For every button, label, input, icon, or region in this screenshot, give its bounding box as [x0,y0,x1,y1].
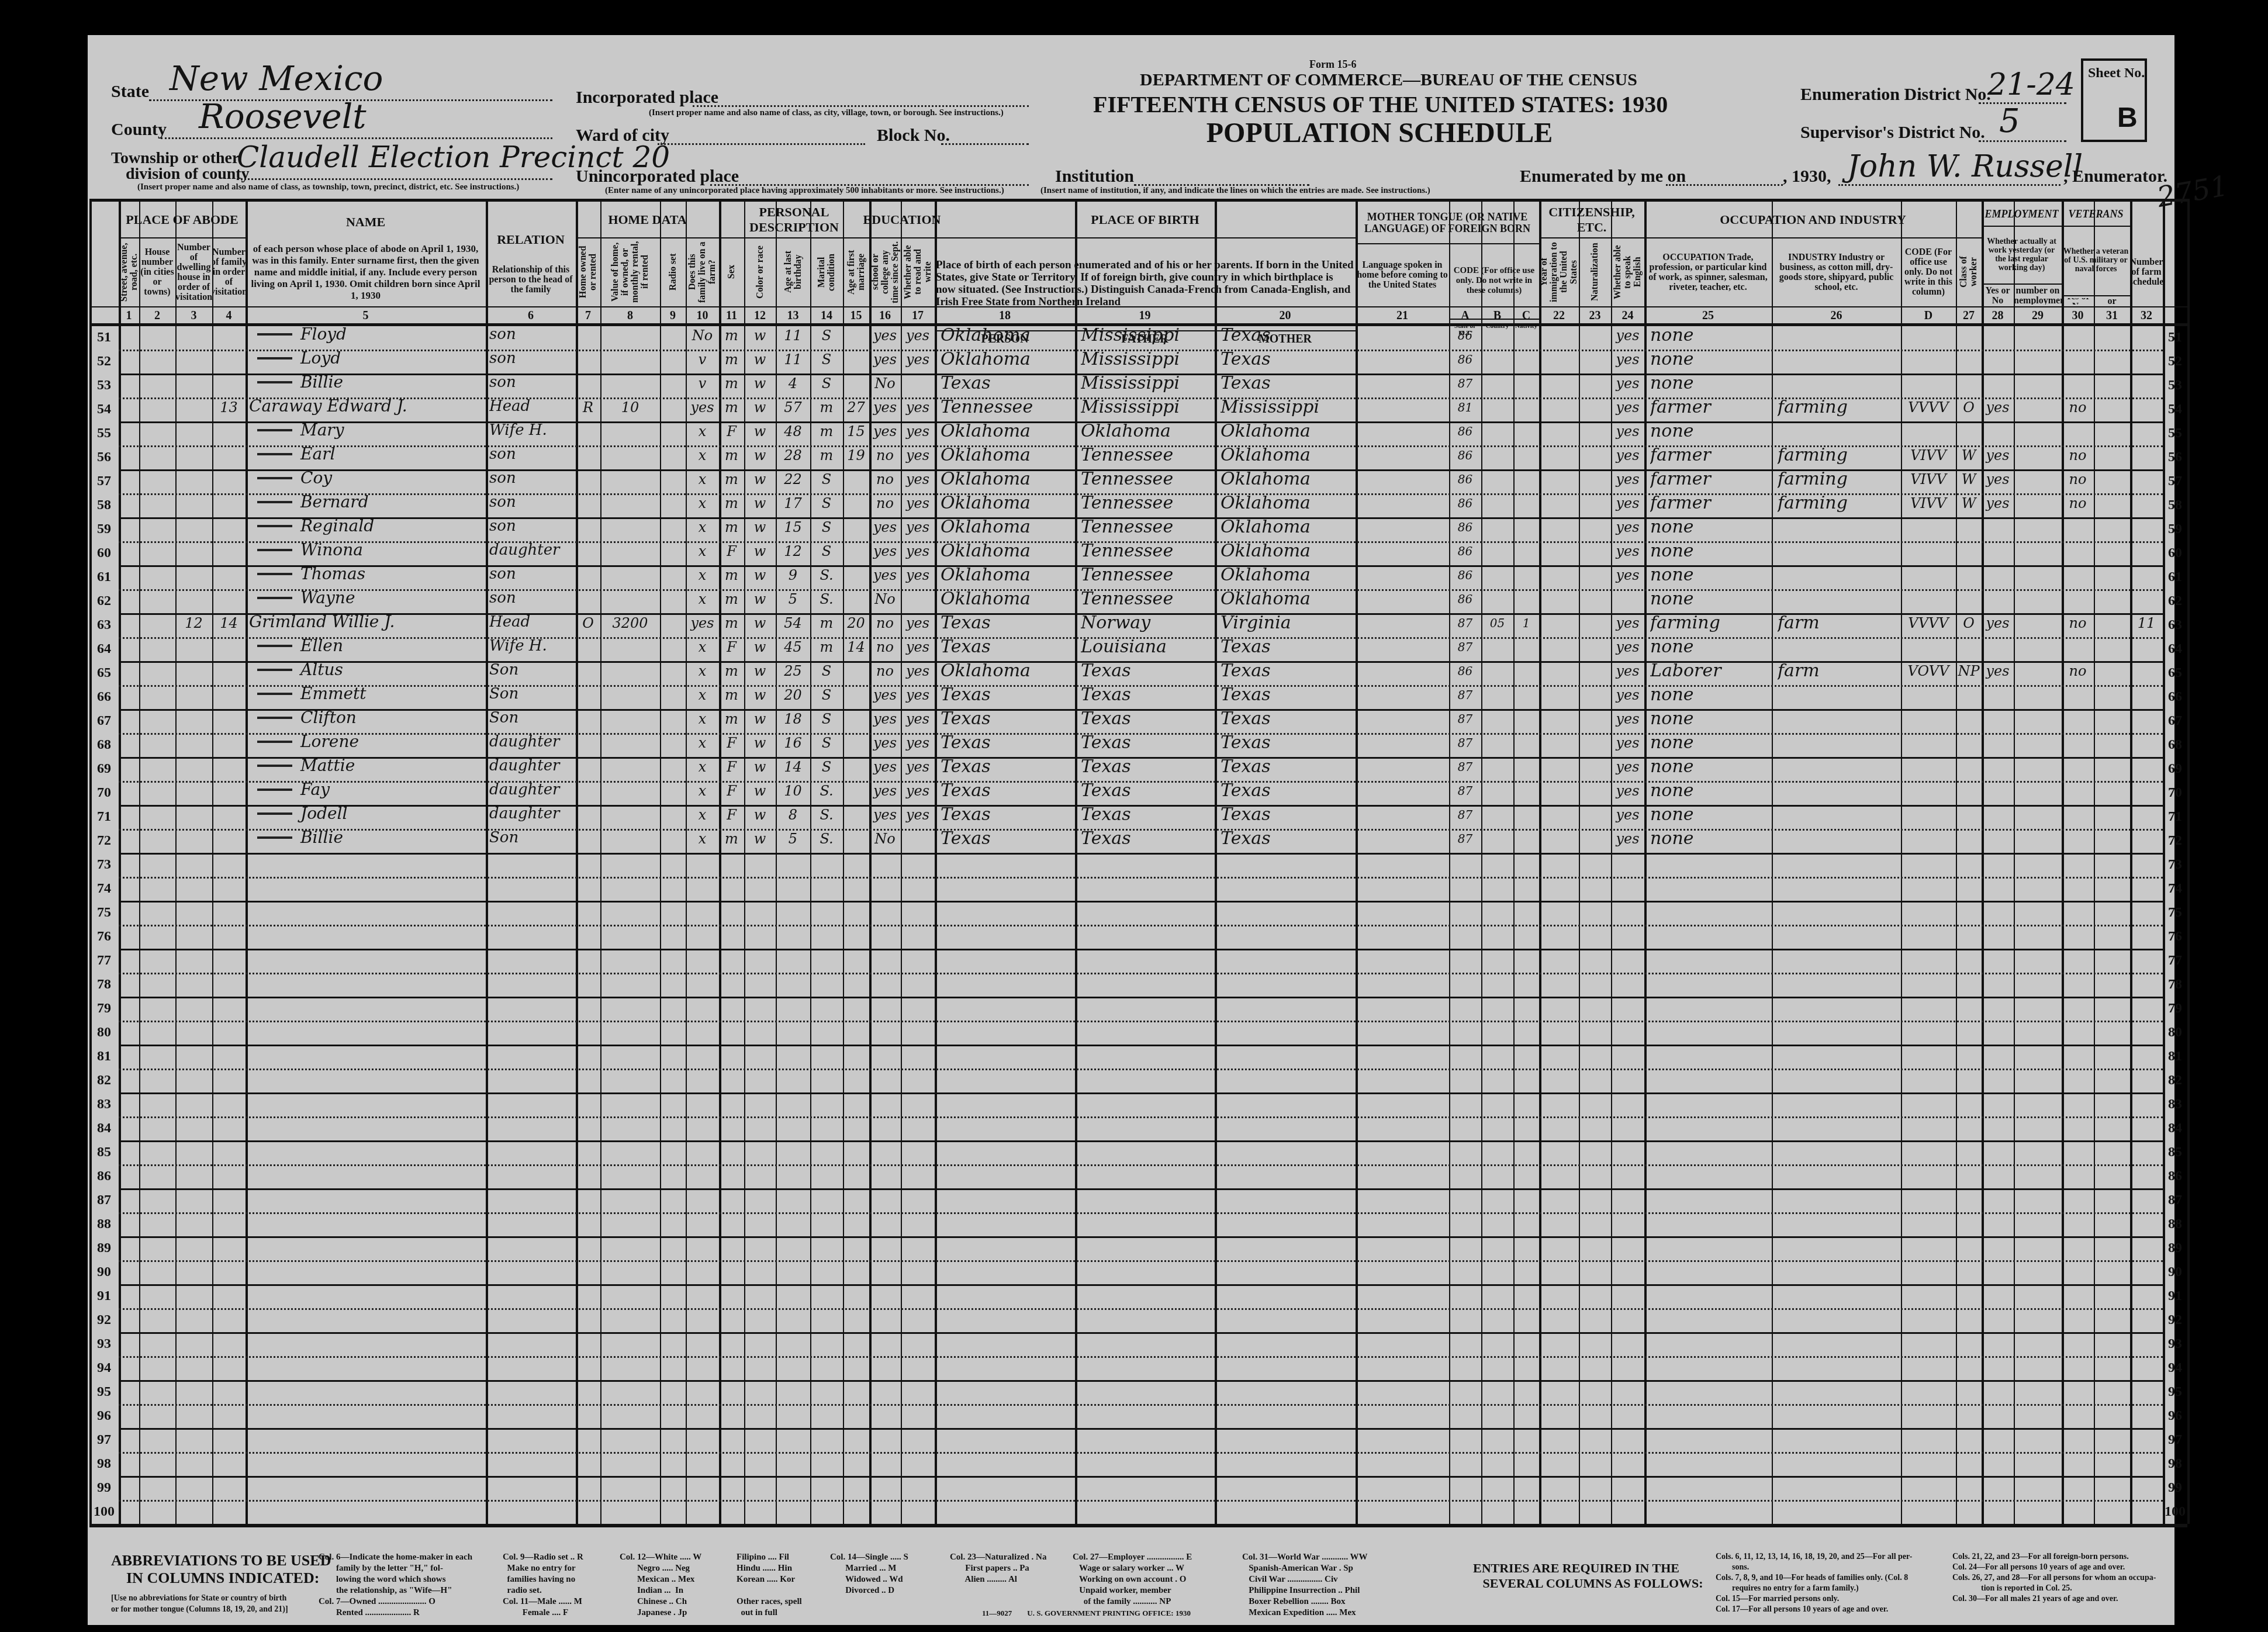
cell-c8[interactable] [601,491,659,515]
cell-read[interactable]: yes [901,563,934,587]
cell-age[interactable]: 5 [776,827,810,850]
cell-read[interactable]: yes [901,755,934,779]
cell-codeA[interactable]: 86 [1450,419,1481,443]
cell-codeB[interactable]: 05 [1482,611,1513,635]
cell-farm[interactable] [2131,683,2162,707]
cell-industry[interactable] [1778,371,1899,395]
cell-vet[interactable]: no [2062,659,2093,683]
cell-vet[interactable]: no [2062,467,2093,491]
person-name[interactable]: Loyd [249,346,483,370]
cell-mother[interactable]: Texas [1221,659,1353,683]
cell-industry[interactable]: farming [1778,467,1899,491]
cell-c10[interactable]: v [686,347,718,371]
cell-war[interactable] [2094,635,2129,659]
cell-industry[interactable] [1778,419,1899,443]
cell-age[interactable]: 18 [776,707,810,731]
cell-c10[interactable]: yes [686,611,718,635]
cell-codeD[interactable]: VIVV [1901,467,1955,491]
cell-c4[interactable] [213,419,245,443]
cell-c10[interactable]: x [686,491,718,515]
cell-c9[interactable] [661,707,685,731]
cell-c8[interactable] [601,347,659,371]
cell-industry[interactable]: farm [1778,611,1899,635]
cell-mother[interactable]: Oklahoma [1221,563,1353,587]
cell-c4[interactable] [213,563,245,587]
cell-c7[interactable] [576,371,600,395]
cell-at-work[interactable]: yes [1982,467,2013,491]
cell-birth[interactable]: Texas [941,779,1073,803]
person-name[interactable]: Winona [249,538,483,562]
cell-codeA[interactable]: 86 [1450,563,1481,587]
cell-father[interactable]: Mississippi [1081,395,1212,419]
cell-sex[interactable]: m [720,515,744,539]
cell-school[interactable]: yes [870,395,900,419]
cell-vet[interactable] [2062,683,2093,707]
cell-c9[interactable] [661,635,685,659]
person-name[interactable]: Altus [249,658,483,682]
cell-age-marr[interactable]: 14 [843,635,869,659]
cell-farm[interactable] [2131,731,2162,755]
cell-codeA[interactable]: 86 [1450,323,1481,347]
cell-c9[interactable] [661,323,685,347]
cell-father[interactable]: Norway [1081,611,1212,635]
cell-age[interactable]: 14 [776,755,810,779]
cell-birth[interactable]: Texas [941,827,1073,850]
cell-c9[interactable] [661,371,685,395]
cell-school[interactable]: yes [870,563,900,587]
cell-codeD[interactable] [1901,683,1955,707]
cell-sex[interactable]: F [720,731,744,755]
cell-codeB[interactable] [1482,491,1513,515]
cell-vet[interactable] [2062,539,2093,563]
cell-codeC[interactable] [1514,347,1538,371]
cell-codeB[interactable] [1482,707,1513,731]
cell-class[interactable] [1956,323,1981,347]
cell-at-work[interactable] [1982,539,2013,563]
person-name[interactable]: Mary [249,418,483,442]
relation-cell[interactable]: Son [489,706,573,729]
cell-birth[interactable]: Texas [941,683,1073,707]
cell-c8[interactable] [601,419,659,443]
cell-marital[interactable]: S [811,755,842,779]
cell-farm[interactable] [2131,779,2162,803]
cell-c7[interactable] [576,587,600,611]
cell-occupation[interactable]: none [1650,683,1769,707]
cell-codeD[interactable] [1901,515,1955,539]
cell-mother[interactable]: Texas [1221,755,1353,779]
cell-c3[interactable] [176,755,212,779]
cell-c9[interactable] [661,491,685,515]
cell-marital[interactable]: S [811,659,842,683]
cell-codeB[interactable] [1482,419,1513,443]
cell-c3[interactable] [176,563,212,587]
cell-codeA[interactable]: 87 [1450,683,1481,707]
cell-war[interactable] [2094,779,2129,803]
cell-war[interactable] [2094,395,2129,419]
cell-codeA[interactable]: 86 [1450,659,1481,683]
person-name[interactable]: Jodell [249,801,483,825]
cell-codeC[interactable] [1514,659,1538,683]
cell-read[interactable]: yes [901,323,934,347]
cell-race[interactable]: w [745,443,775,467]
cell-c9[interactable] [661,587,685,611]
cell-c7[interactable] [576,491,600,515]
cell-school[interactable]: yes [870,539,900,563]
cell-class[interactable]: W [1956,491,1981,515]
cell-vet[interactable] [2062,779,2093,803]
cell-farm[interactable] [2131,587,2162,611]
cell-father[interactable]: Texas [1081,827,1212,850]
cell-c10[interactable]: x [686,587,718,611]
cell-farm[interactable] [2131,707,2162,731]
cell-age[interactable]: 57 [776,395,810,419]
cell-read[interactable]: yes [901,731,934,755]
cell-industry[interactable] [1778,779,1899,803]
cell-c9[interactable] [661,755,685,779]
cell-codeB[interactable] [1482,827,1513,850]
cell-c10[interactable]: x [686,707,718,731]
cell-marital[interactable]: S [811,371,842,395]
cell-age-marr[interactable] [843,707,869,731]
cell-age[interactable]: 11 [776,347,810,371]
cell-sex[interactable]: m [720,611,744,635]
cell-age-marr[interactable] [843,587,869,611]
cell-father[interactable]: Tennessee [1081,443,1212,467]
cell-occupation[interactable]: none [1650,779,1769,803]
cell-war[interactable] [2094,659,2129,683]
relation-cell[interactable]: son [489,490,573,514]
cell-c8[interactable] [601,467,659,491]
cell-at-work[interactable] [1982,755,2013,779]
cell-farm[interactable] [2131,323,2162,347]
relation-cell[interactable]: Head [489,394,573,418]
cell-birth[interactable]: Oklahoma [941,419,1073,443]
cell-mother[interactable]: Texas [1221,635,1353,659]
cell-war[interactable] [2094,683,2129,707]
cell-codeB[interactable] [1482,323,1513,347]
cell-sex[interactable]: m [720,563,744,587]
cell-marital[interactable]: m [811,611,842,635]
cell-age[interactable]: 12 [776,539,810,563]
cell-read[interactable]: yes [901,635,934,659]
cell-class[interactable] [1956,347,1981,371]
cell-at-work[interactable] [1982,347,2013,371]
cell-age[interactable]: 5 [776,587,810,611]
cell-sex[interactable]: F [720,803,744,827]
cell-codeB[interactable] [1482,539,1513,563]
cell-c10[interactable]: x [686,827,718,850]
cell-school[interactable]: no [870,611,900,635]
cell-c9[interactable] [661,347,685,371]
cell-c10[interactable]: x [686,683,718,707]
cell-c10[interactable]: x [686,419,718,443]
cell-c7[interactable] [576,731,600,755]
cell-codeD[interactable]: VVVV [1901,611,1955,635]
cell-industry[interactable] [1778,803,1899,827]
cell-c4[interactable] [213,443,245,467]
cell-codeC[interactable] [1514,395,1538,419]
relation-cell[interactable]: daughter [489,801,573,825]
cell-race[interactable]: w [745,419,775,443]
cell-father[interactable]: Texas [1081,683,1212,707]
cell-codeB[interactable] [1482,563,1513,587]
cell-industry[interactable] [1778,563,1899,587]
cell-vet[interactable] [2062,587,2093,611]
cell-father[interactable]: Tennessee [1081,467,1212,491]
cell-race[interactable]: w [745,491,775,515]
cell-c3[interactable] [176,659,212,683]
cell-father[interactable]: Texas [1081,755,1212,779]
cell-vet[interactable] [2062,371,2093,395]
cell-at-work[interactable] [1982,587,2013,611]
cell-c8[interactable] [601,371,659,395]
cell-school[interactable]: yes [870,803,900,827]
person-name[interactable]: Clifton [249,706,483,729]
cell-age-marr[interactable]: 19 [843,443,869,467]
cell-speak[interactable]: yes [1612,515,1644,539]
cell-occupation[interactable]: Laborer [1650,659,1769,683]
cell-c3[interactable] [176,827,212,850]
cell-race[interactable]: w [745,371,775,395]
cell-c3[interactable] [176,395,212,419]
cell-at-work[interactable]: yes [1982,491,2013,515]
cell-codeD[interactable] [1901,371,1955,395]
cell-mother[interactable]: Texas [1221,347,1353,371]
cell-codeB[interactable] [1482,443,1513,467]
cell-race[interactable]: w [745,635,775,659]
cell-age[interactable]: 20 [776,683,810,707]
relation-cell[interactable]: daughter [489,777,573,801]
cell-speak[interactable]: yes [1612,371,1644,395]
cell-father[interactable]: Texas [1081,707,1212,731]
cell-c3[interactable] [176,443,212,467]
cell-sex[interactable]: m [720,587,744,611]
cell-speak[interactable]: yes [1612,755,1644,779]
cell-codeB[interactable] [1482,659,1513,683]
cell-codeA[interactable]: 87 [1450,779,1481,803]
cell-class[interactable]: W [1956,467,1981,491]
cell-sex[interactable]: m [720,707,744,731]
cell-industry[interactable]: farm [1778,659,1899,683]
cell-class[interactable] [1956,755,1981,779]
cell-farm[interactable] [2131,827,2162,850]
cell-c9[interactable] [661,563,685,587]
person-name[interactable]: Thomas [249,562,483,586]
cell-c8[interactable] [601,755,659,779]
cell-birth[interactable]: Texas [941,611,1073,635]
cell-codeA[interactable]: 87 [1450,707,1481,731]
cell-mother[interactable]: Texas [1221,779,1353,803]
cell-class[interactable] [1956,539,1981,563]
cell-race[interactable]: w [745,539,775,563]
cell-birth[interactable]: Texas [941,707,1073,731]
cell-birth[interactable]: Texas [941,755,1073,779]
cell-read[interactable] [901,587,934,611]
cell-class[interactable] [1956,371,1981,395]
cell-c8[interactable] [601,443,659,467]
cell-war[interactable] [2094,755,2129,779]
cell-c7[interactable] [576,803,600,827]
cell-war[interactable] [2094,443,2129,467]
cell-vet[interactable] [2062,707,2093,731]
cell-father[interactable]: Mississippi [1081,371,1212,395]
cell-codeA[interactable]: 86 [1450,587,1481,611]
relation-cell[interactable]: Wife H. [489,418,573,442]
cell-speak[interactable]: yes [1612,779,1644,803]
cell-sex[interactable]: F [720,755,744,779]
cell-c3[interactable] [176,683,212,707]
cell-school[interactable]: No [870,827,900,850]
cell-c9[interactable] [661,611,685,635]
cell-marital[interactable]: m [811,635,842,659]
cell-school[interactable]: No [870,371,900,395]
cell-mother[interactable]: Oklahoma [1221,539,1353,563]
cell-c9[interactable] [661,515,685,539]
cell-at-work[interactable] [1982,683,2013,707]
cell-c3[interactable] [176,419,212,443]
cell-school[interactable]: yes [870,323,900,347]
cell-race[interactable]: w [745,515,775,539]
cell-read[interactable]: yes [901,443,934,467]
cell-c7[interactable] [576,467,600,491]
cell-war[interactable] [2094,323,2129,347]
cell-mother[interactable]: Oklahoma [1221,419,1353,443]
cell-c10[interactable]: x [686,659,718,683]
cell-codeD[interactable]: VOVV [1901,659,1955,683]
cell-at-work[interactable] [1982,371,2013,395]
cell-industry[interactable]: farming [1778,443,1899,467]
cell-c9[interactable] [661,443,685,467]
cell-marital[interactable]: S [811,323,842,347]
cell-read[interactable]: yes [901,659,934,683]
cell-age-marr[interactable]: 20 [843,611,869,635]
cell-c3[interactable] [176,323,212,347]
cell-war[interactable] [2094,587,2129,611]
cell-c10[interactable]: x [686,779,718,803]
cell-read[interactable]: yes [901,347,934,371]
cell-c7[interactable] [576,779,600,803]
cell-birth[interactable]: Oklahoma [941,539,1073,563]
cell-c8[interactable] [601,323,659,347]
relation-cell[interactable]: Son [489,825,573,849]
cell-occupation[interactable]: none [1650,707,1769,731]
cell-codeD[interactable] [1901,419,1955,443]
cell-c9[interactable] [661,419,685,443]
cell-age[interactable]: 22 [776,467,810,491]
cell-codeC[interactable]: 1 [1514,611,1538,635]
cell-race[interactable]: w [745,347,775,371]
cell-age-marr[interactable] [843,731,869,755]
cell-class[interactable] [1956,587,1981,611]
cell-codeD[interactable] [1901,779,1955,803]
cell-codeB[interactable] [1482,803,1513,827]
cell-sex[interactable]: F [720,635,744,659]
cell-father[interactable]: Tennessee [1081,539,1212,563]
cell-war[interactable] [2094,419,2129,443]
person-name[interactable]: Coy [249,466,483,490]
cell-c4[interactable] [213,467,245,491]
cell-school[interactable]: no [870,659,900,683]
cell-industry[interactable] [1778,539,1899,563]
cell-sex[interactable]: F [720,419,744,443]
cell-farm[interactable] [2131,539,2162,563]
cell-occupation[interactable]: none [1650,587,1769,611]
cell-farm[interactable] [2131,659,2162,683]
cell-occupation[interactable]: none [1650,371,1769,395]
cell-c8[interactable] [601,779,659,803]
cell-codeD[interactable] [1901,731,1955,755]
cell-read[interactable]: yes [901,515,934,539]
person-name[interactable]: Mattie [249,753,483,777]
cell-c8[interactable] [601,587,659,611]
cell-age[interactable]: 45 [776,635,810,659]
cell-at-work[interactable] [1982,731,2013,755]
cell-read[interactable]: yes [901,803,934,827]
cell-race[interactable]: w [745,683,775,707]
person-name[interactable]: Lorene [249,729,483,753]
cell-age-marr[interactable] [843,467,869,491]
cell-read[interactable]: yes [901,419,934,443]
cell-occupation[interactable]: none [1650,755,1769,779]
cell-sex[interactable]: m [720,467,744,491]
cell-age[interactable]: 15 [776,515,810,539]
cell-race[interactable]: w [745,803,775,827]
cell-at-work[interactable] [1982,515,2013,539]
cell-codeC[interactable] [1514,779,1538,803]
cell-school[interactable]: yes [870,683,900,707]
cell-codeA[interactable]: 86 [1450,347,1481,371]
cell-class[interactable] [1956,683,1981,707]
cell-industry[interactable] [1778,635,1899,659]
cell-occupation[interactable]: none [1650,539,1769,563]
cell-mother[interactable]: Texas [1221,803,1353,827]
cell-age-marr[interactable] [843,323,869,347]
cell-codeA[interactable]: 87 [1450,635,1481,659]
cell-c9[interactable] [661,683,685,707]
cell-war[interactable] [2094,539,2129,563]
cell-war[interactable] [2094,731,2129,755]
cell-vet[interactable] [2062,563,2093,587]
cell-read[interactable] [901,371,934,395]
cell-farm[interactable]: 11 [2131,611,2162,635]
cell-occupation[interactable]: none [1650,563,1769,587]
cell-race[interactable]: w [745,587,775,611]
cell-school[interactable]: yes [870,731,900,755]
cell-age-marr[interactable] [843,755,869,779]
cell-codeA[interactable]: 87 [1450,731,1481,755]
cell-c9[interactable] [661,539,685,563]
cell-c10[interactable]: No [686,323,718,347]
cell-codeC[interactable] [1514,515,1538,539]
cell-at-work[interactable] [1982,419,2013,443]
cell-read[interactable]: yes [901,779,934,803]
cell-farm[interactable] [2131,395,2162,419]
cell-class[interactable] [1956,419,1981,443]
cell-c4[interactable] [213,587,245,611]
relation-cell[interactable]: son [489,466,573,490]
cell-c8[interactable] [601,683,659,707]
cell-codeC[interactable] [1514,443,1538,467]
relation-cell[interactable]: daughter [489,729,573,753]
cell-codeA[interactable]: 86 [1450,539,1481,563]
cell-c7[interactable] [576,635,600,659]
cell-c10[interactable]: x [686,515,718,539]
cell-birth[interactable]: Oklahoma [941,587,1073,611]
cell-codeB[interactable] [1482,515,1513,539]
cell-speak[interactable]: yes [1612,803,1644,827]
cell-vet[interactable]: no [2062,395,2093,419]
cell-mother[interactable]: Texas [1221,707,1353,731]
